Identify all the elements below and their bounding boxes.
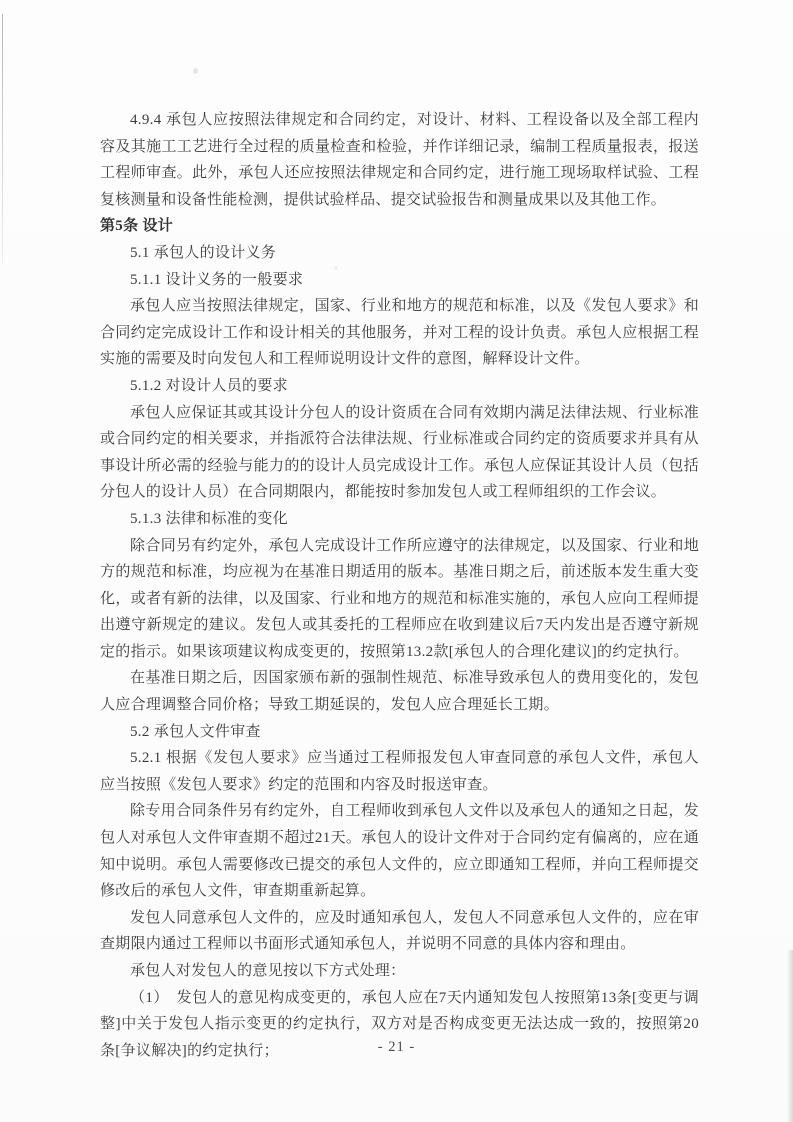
scan-edge-artifact [2, 14, 3, 264]
contract-paragraph: 发包人同意承包人文件的，应及时通知承包人，发包人不同意承包人文件的，应在审查期限… [100, 905, 699, 958]
subclause-heading: 5.1 承包人的设计义务 [100, 240, 699, 267]
clause-heading: 第5条 设计 [100, 213, 699, 240]
page-number: - 21 - [0, 1039, 793, 1056]
subclause-heading: 5.1.1 设计义务的一般要求 [100, 267, 699, 294]
contract-text-block: 4.9.4 承包人应按照法律规定和合同约定，对设计、材料、工程设备以及全部工程内… [100, 107, 699, 1064]
document-page: 4.9.4 承包人应按照法律规定和合同约定，对设计、材料、工程设备以及全部工程内… [0, 0, 793, 1122]
contract-paragraph: 除专用合同条件另有约定外，自工程师收到承包人文件以及承包人的通知之日起，发包人对… [100, 798, 699, 904]
contract-paragraph: 承包人对发包人的意见按以下方式处理： [100, 958, 699, 985]
subclause-heading: 5.1.3 法律和标准的变化 [100, 506, 699, 533]
contract-paragraph: 承包人应保证其或其设计分包人的设计资质在合同有效期内满足法律法规、行业标准或合同… [100, 400, 699, 506]
contract-paragraph: 除合同另有约定外，承包人完成设计工作所应遵守的法律规定，以及国家、行业和地方的规… [100, 533, 699, 666]
contract-paragraph: 在基准日期之后，因国家颁布新的强制性规范、标准导致承包人的费用变化的，发包人应合… [100, 665, 699, 718]
contract-paragraph: 4.9.4 承包人应按照法律规定和合同约定，对设计、材料、工程设备以及全部工程内… [100, 107, 699, 213]
subclause-heading: 5.2 承包人文件审查 [100, 719, 699, 746]
subclause-heading: 5.1.2 对设计人员的要求 [100, 373, 699, 400]
scan-shadow-artifact [787, 950, 793, 1122]
scan-smudge [193, 68, 198, 74]
contract-paragraph: 5.2.1 根据《发包人要求》应当通过工程师报发包人审查同意的承包人文件，承包人… [100, 745, 699, 798]
contract-paragraph: 承包人应当按照法律规定，国家、行业和地方的规范和标准，以及《发包人要求》和合同约… [100, 293, 699, 373]
